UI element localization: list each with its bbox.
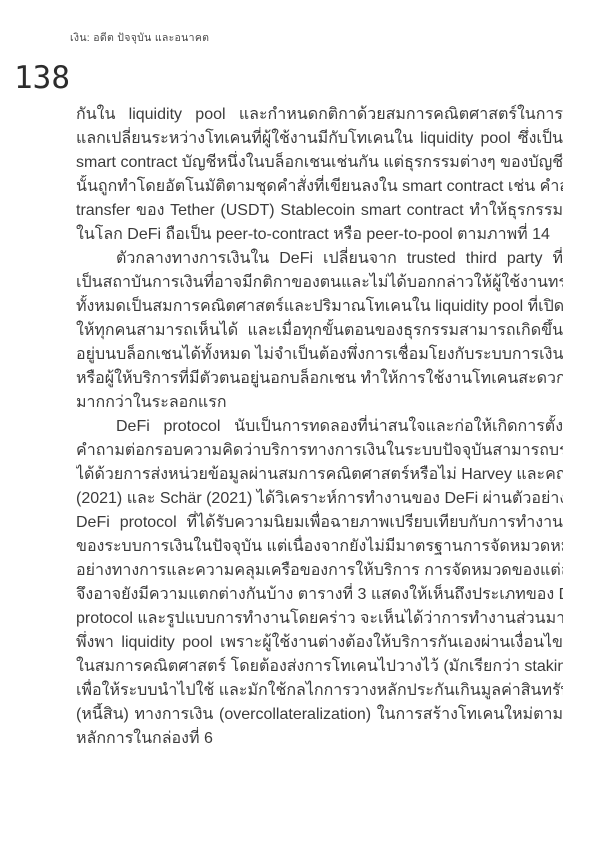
text-line: ของระบบการเงินในปัจจุบัน แต่เนื่องจากยัง…: [76, 535, 563, 559]
text-line: พึ่งพา liquidity pool เพราะผู้ใช้งานต่าง…: [76, 631, 563, 655]
text-line: ในสมการคณิตศาสตร์ โดยต้องส่งการโทเคนไปวา…: [76, 655, 563, 679]
text-line: smart contract บัญชีหนึ่งในบล็อกเชนเช่นก…: [76, 151, 563, 175]
text-line: เพื่อให้ระบบนำไปใช้ และมักใช้กลไกการวางห…: [76, 679, 563, 703]
text-line: ตัวกลางทางการเงินใน DeFi เปลี่ยนจาก trus…: [76, 247, 563, 271]
text-line: transfer ของ Tether (USDT) Stablecoin sm…: [76, 199, 563, 223]
text-line: แลกเปลี่ยนระหว่างโทเคนที่ผู้ใช้งานมีกับโ…: [76, 127, 563, 151]
text-line: กันใน liquidity pool และกำหนดกติกาด้วยสม…: [76, 103, 563, 127]
text-line: จึงอาจยังมีความแตกต่างกันบ้าง ตารางที่ 3…: [76, 583, 563, 607]
text-line: ในโลก DeFi ถือเป็น peer-to-contract หรือ…: [76, 223, 563, 247]
text-line: DeFi protocol นับเป็นการทดลองที่น่าสนใจแ…: [76, 415, 563, 439]
text-line: เป็นสถาบันการเงินที่อาจมีกติกาของตนและไม…: [76, 271, 563, 295]
text-line: ได้ด้วยการส่งหน่วยข้อมูลผ่านสมการคณิตศาส…: [76, 463, 563, 487]
text-line: ให้ทุกคนสามารถเห็นได้ และเมื่อทุกขั้นตอน…: [76, 319, 563, 343]
text-line: protocol และรูปแบบการทำงานโดยคร่าว จะเห็…: [76, 607, 563, 631]
text-line: อย่างทางการและความคลุมเครือของการให้บริก…: [76, 559, 563, 583]
running-head: เงิน: อดีต ปัจจุบัน และอนาคต: [70, 29, 209, 46]
paragraph: กันใน liquidity pool และกำหนดกติกาด้วยสม…: [76, 103, 563, 247]
text-line: DeFi protocol ที่ได้รับความนิยมเพื่อฉายภ…: [76, 511, 563, 535]
text-line: หลักการในกล่องที่ 6: [76, 727, 563, 751]
text-line: นั้นถูกทำโดยอัตโนมัติตามชุดคำสั่งที่เขีย…: [76, 175, 563, 199]
text-line: คำถามต่อกรอบความคิดว่าบริการทางการเงินใน…: [76, 439, 563, 463]
paragraph: DeFi protocol นับเป็นการทดลองที่น่าสนใจแ…: [76, 415, 563, 751]
page-number: 138: [14, 60, 70, 96]
text-line: ทั้งหมดเป็นสมการคณิตศาสตร์และปริมาณโทเคน…: [76, 295, 563, 319]
text-line: มากกว่าในระลอกแรก: [76, 391, 563, 415]
paragraph: ตัวกลางทางการเงินใน DeFi เปลี่ยนจาก trus…: [76, 247, 563, 415]
text-line: อยู่บนบล็อกเชนได้ทั้งหมด ไม่จำเป็นต้องพึ…: [76, 343, 563, 367]
text-line: (หนี้สิน) ทางการเงิน (overcollateralizat…: [76, 703, 563, 727]
book-page: เงิน: อดีต ปัจจุบัน และอนาคต 138 กันใน l…: [0, 0, 600, 851]
text-line: หรือผู้ให้บริการที่มีตัวตนอยู่นอกบล็อกเช…: [76, 367, 563, 391]
text-line: (2021) และ Schär (2021) ได้วิเคราะห์การท…: [76, 487, 563, 511]
body-text: กันใน liquidity pool และกำหนดกติกาด้วยสม…: [76, 103, 563, 751]
